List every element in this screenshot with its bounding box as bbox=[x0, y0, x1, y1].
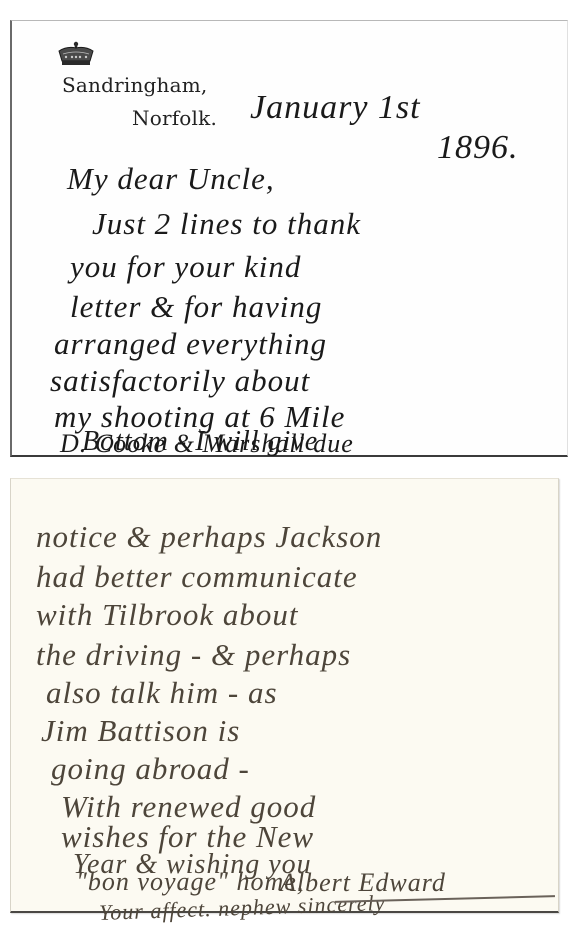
letterhead-place: Sandringham, bbox=[62, 73, 207, 97]
letter-line: with Tilbrook about bbox=[36, 597, 298, 633]
letter-line: satisfactorily about bbox=[50, 363, 310, 399]
letterhead-county: Norfolk. bbox=[132, 106, 217, 130]
letter-line: the driving - & perhaps bbox=[36, 637, 351, 673]
letter-line: you for your kind bbox=[70, 249, 301, 285]
letter-line: "bon voyage" home, bbox=[76, 867, 304, 897]
letter-line: also talk him - as bbox=[46, 675, 278, 711]
letter-year: 1896. bbox=[437, 129, 519, 167]
letter-line: D. Cooke & Marshall due bbox=[60, 429, 354, 459]
signature: Albert Edward bbox=[280, 868, 446, 898]
letter-line: Just 2 lines to thank bbox=[92, 206, 361, 242]
letter-line: letter & for having bbox=[70, 289, 322, 325]
letter-card-page-2: notice & perhaps Jackson had better comm… bbox=[10, 478, 559, 913]
letter-line: had better communicate bbox=[36, 559, 358, 595]
salutation: My dear Uncle, bbox=[67, 161, 275, 197]
royal-crown-icon bbox=[57, 41, 95, 67]
letter-card-page-1: Sandringham, Norfolk. January 1st 1896. … bbox=[10, 20, 568, 457]
letter-line: Jim Battison is bbox=[41, 713, 240, 749]
letter-line: arranged everything bbox=[54, 326, 327, 362]
letter-line: notice & perhaps Jackson bbox=[36, 519, 382, 555]
letter-date: January 1st bbox=[250, 89, 421, 127]
letter-line: going abroad - bbox=[51, 751, 250, 787]
